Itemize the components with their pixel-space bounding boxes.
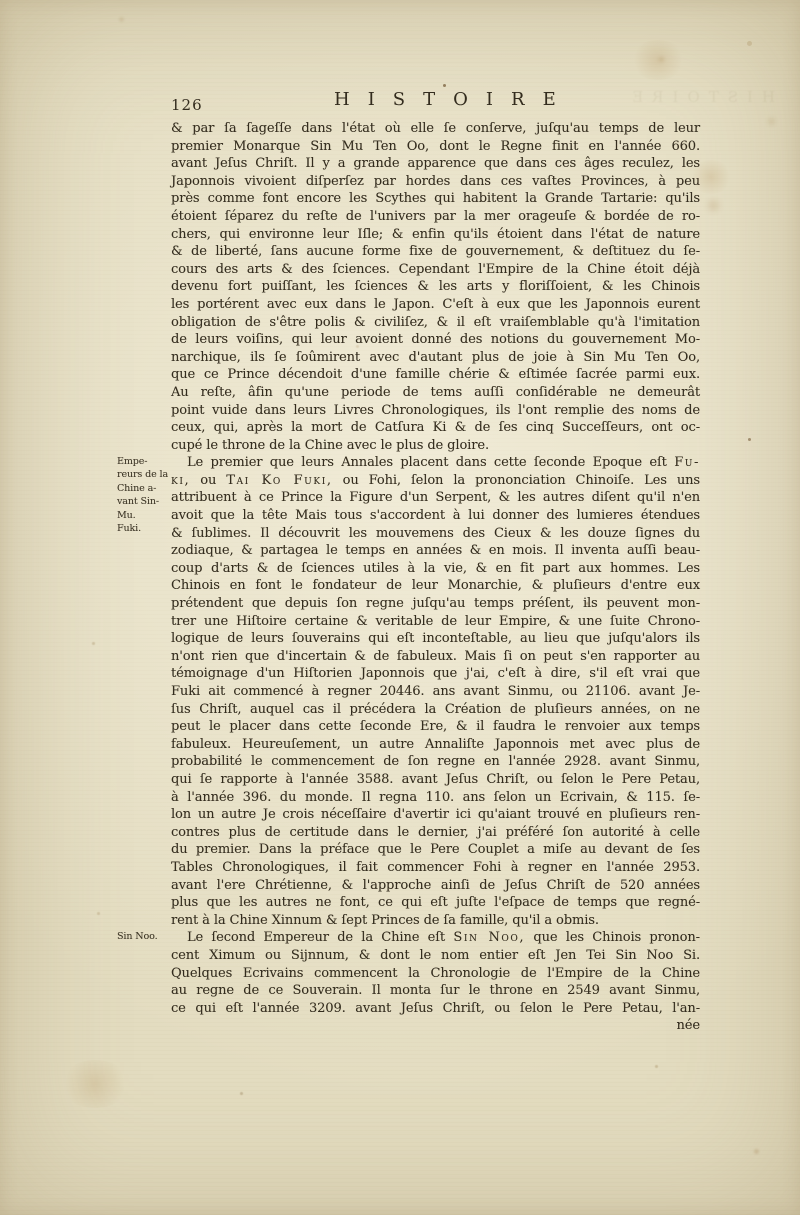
text-line: de leurs voiſins, qui leur avoient donné… (171, 331, 700, 349)
text-line: ceux, qui, après la mort de Catſura Ki &… (171, 419, 700, 437)
text-line: plus que les autres ne font, ce qui eſt … (171, 894, 700, 912)
paper-stain (690, 160, 732, 194)
margin-note-line: Empe- (117, 455, 173, 468)
running-title: HISTOIRE (334, 89, 574, 110)
text-line: cent Ximum ou Sijnnum, & dont le nom ent… (171, 947, 700, 965)
small-caps-name: Tai Ko Fuki, (226, 473, 332, 488)
text-line: chers, qui environne leur Iſle; & enfin … (171, 226, 700, 244)
text-line: avant Jeſus Chriſt. Il y a grande appare… (171, 155, 700, 173)
text-line: point vuide dans leurs Livres Chronologi… (171, 402, 700, 420)
text-line: cupé le throne de la Chine avec le plus … (171, 437, 700, 455)
text-line: & ſublimes. Il découvrit les mouvemens d… (171, 525, 700, 543)
paragraph: Le ſecond Empereur de la Chine eſt Sin N… (171, 929, 700, 1017)
text-line: Chinois en font le fondateur de leur Mon… (171, 577, 700, 595)
text-line: devenu fort puiſſant, les ſciences & les… (171, 278, 700, 296)
text-line: cours des arts & des ſciences. Cependant… (171, 261, 700, 279)
text-line: Le premier que leurs Annales placent dan… (171, 454, 700, 472)
text-line: peut le placer dans cette ſeconde Ere, &… (171, 718, 700, 736)
text-line: n'ont rien que d'incertain & de fabuleux… (171, 648, 700, 666)
text-line: avoit que la tête Mais tous s'accordent … (171, 507, 700, 525)
text-line: Le ſecond Empereur de la Chine eſt Sin N… (171, 929, 700, 947)
text-line: témoignage d'un Hiſtorien Japonnois que … (171, 665, 700, 683)
text-line: premier Monarque Sin Mu Ten Oo, dont le … (171, 138, 700, 156)
text-line: lon un autre Je crois néceſſaire d'avert… (171, 806, 700, 824)
text-line: prétendent que depuis ſon regne juſqu'au… (171, 595, 700, 613)
small-caps-name: ki, (171, 473, 190, 488)
text-line: obligation de s'être polis & civiliſez, … (171, 314, 700, 332)
paper-stain (60, 1060, 130, 1108)
margin-note-line: vant Sin- (117, 495, 173, 508)
margin-note-line: Sin Noo. (117, 930, 173, 943)
text-line: Quelques Ecrivains commencent la Chronol… (171, 965, 700, 983)
text-line: contres plus de certitude dans le dernie… (171, 824, 700, 842)
text-line: Tables Chronologiques, il fait commencer… (171, 859, 700, 877)
text-line: ki, ou Tai Ko Fuki, ou Fohi, ſelon la pr… (171, 472, 700, 490)
margin-note-sin-noo: Sin Noo. (117, 930, 173, 943)
text-line: rent à la Chine Xinnum & ſept Princes de… (171, 912, 700, 930)
text-line: du premier. Dans la préface que le Pere … (171, 841, 700, 859)
text-line: & de liberté, ſans aucune forme fixe de … (171, 243, 700, 261)
text-line: que ce Prince décendoit d'une famille ch… (171, 366, 700, 384)
text-line: avant l'ere Chrétienne, & l'approche ain… (171, 877, 700, 895)
text-line: les portérent avec eux dans le Japon. C'… (171, 296, 700, 314)
paragraph: & par ſa ſageſſe dans l'état où elle ſe … (171, 120, 700, 454)
text-line: attribuent à ce Prince la Figure d'un Se… (171, 489, 700, 507)
text-line: au regne de ce Souverain. Il monta ſur l… (171, 982, 700, 1000)
text-line: & par ſa ſageſſe dans l'état où elle ſe … (171, 120, 700, 138)
catchword: née (171, 1017, 700, 1035)
text-line: Fuki ait commencé à regner 20446. ans av… (171, 683, 700, 701)
small-caps-name: Sin Noo, (453, 930, 525, 945)
text-line: ſus Chriſt, auquel cas il précédera la C… (171, 701, 700, 719)
margin-note-line: reurs de la (117, 468, 173, 481)
text-line: fabuleux. Heureuſement, un autre Annaliſ… (171, 736, 700, 754)
text-line: coup d'arts & de ſciences utiles à la vi… (171, 560, 700, 578)
text-line: logique de leurs ſouverains qui eſt inco… (171, 630, 700, 648)
foxing-specks (443, 84, 446, 87)
page-number: 126 (171, 96, 203, 114)
text-line: Japonnois vivoient diſperſez par hordes … (171, 173, 700, 191)
showthrough-text: HISTOIRE (545, 88, 775, 106)
margin-note-line: Mu. (117, 509, 173, 522)
text-line: ce qui eſt l'année 3209. avant Jeſus Chr… (171, 1000, 700, 1018)
paper-stain (630, 40, 686, 80)
small-caps-name: Fu- (674, 455, 700, 470)
paragraph: Le premier que leurs Annales placent dan… (171, 454, 700, 929)
text-line: trer une Hiſtoire certaine & veritable d… (171, 613, 700, 631)
text-line: étoient ſéparez du reſte de l'univers pa… (171, 208, 700, 226)
text-line: à l'année 396. du monde. Il regna 110. a… (171, 789, 700, 807)
text-line: qui ſe rapporte à l'année 3588. avant Je… (171, 771, 700, 789)
margin-note-fuki: Empe-reurs de laChine a-vant Sin-Mu.Fuki… (117, 455, 173, 535)
text-line: narchique, ils ſe ſoûmirent avec d'autan… (171, 349, 700, 367)
text-line: près comme font encore les Scythes qui h… (171, 190, 700, 208)
margin-note-line: Fuki. (117, 522, 173, 535)
margin-note-line: Chine a- (117, 482, 173, 495)
text-line: probabilité le commencement de ſon regne… (171, 753, 700, 771)
book-page: HISTOIRE 126 HISTOIRE Empe-reurs de laCh… (0, 0, 800, 1215)
text-line: zodiaque, & partagea le temps en années … (171, 542, 700, 560)
text-line: Au reſte, âfin qu'une periode de tems au… (171, 384, 700, 402)
body-text: & par ſa ſageſſe dans l'état où elle ſe … (171, 120, 700, 1035)
